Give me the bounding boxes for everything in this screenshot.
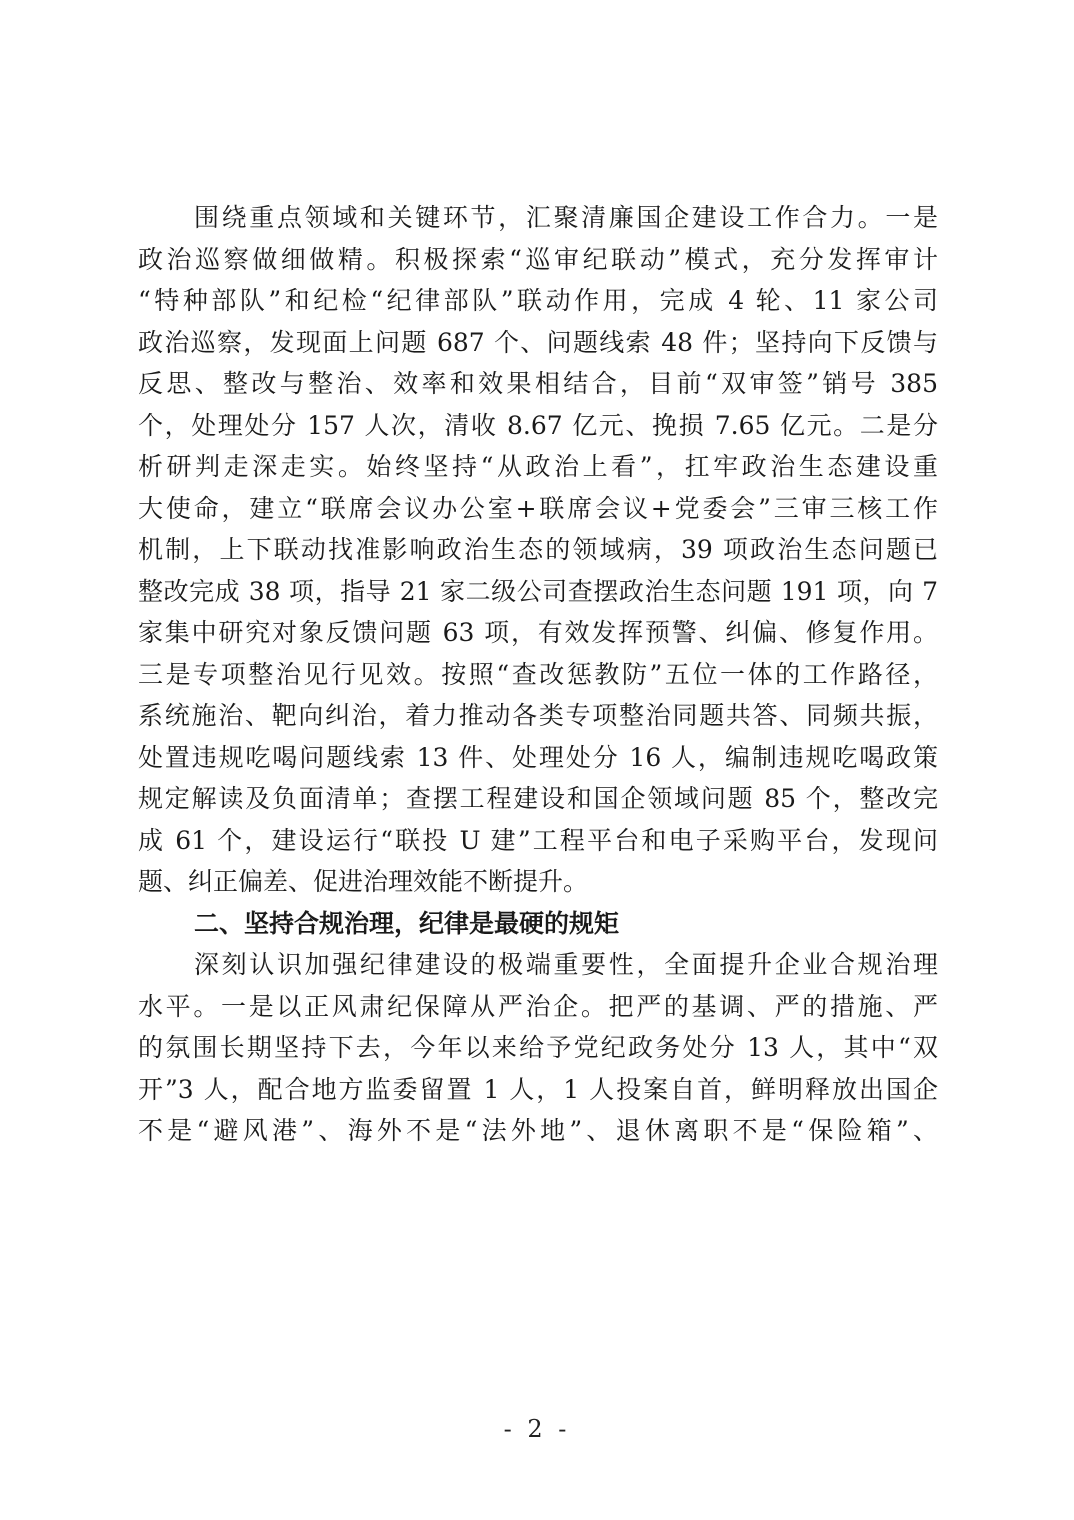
paragraph-line: 个，处理处分 157 人次，清收 8.67 亿元、挽损 7.65 亿元。二是分 [138, 405, 938, 447]
paragraph-line: 题、纠正偏差、促进治理效能不断提升。 [138, 861, 938, 903]
paragraph-line: 深刻认识加强纪律建设的极端重要性，全面提升企业合规治理 [194, 944, 938, 986]
paragraph-line: 机制，上下联动找准影响政治生态的领域病，39 项政治生态问题已 [138, 529, 938, 571]
paragraph-line: 政治巡察，发现面上问题 687 个、问题线索 48 件；坚持向下反馈与 [138, 322, 938, 364]
paragraph-line: 不是“避风港”、海外不是“法外地”、退休离职不是“保险箱”、 [138, 1110, 938, 1152]
paragraph-line: 反思、整改与整治、效率和效果相结合，目前“双审签”销号 385 [138, 363, 938, 405]
paragraph-line: 的氛围长期坚持下去，今年以来给予党纪政务处分 13 人，其中“双 [138, 1027, 938, 1069]
page-number: - 2 - [0, 1415, 1074, 1443]
section-heading: 二、坚持合规治理，纪律是最硬的规矩 [194, 903, 938, 945]
paragraph-line: 开”3 人，配合地方监委留置 1 人，1 人投案自首，鲜明释放出国企 [138, 1069, 938, 1111]
paragraph-line: 系统施治、靶向纠治，着力推动各类专项整治同题共答、同频共振， [138, 695, 938, 737]
paragraph-line: 析研判走深走实。始终坚持“从政治上看”，扛牢政治生态建设重 [138, 446, 938, 488]
paragraph-line: 大使命，建立“联席会议办公室+联席会议+党委会”三审三核工作 [138, 488, 938, 530]
paragraph-line: 家集中研究对象反馈问题 63 项，有效发挥预警、纠偏、修复作用。 [138, 612, 938, 654]
paragraph-line: 政治巡察做细做精。积极探索“巡审纪联动”模式，充分发挥审计 [138, 239, 938, 281]
paragraph-line: “特种部队”和纪检“纪律部队”联动作用，完成 4 轮、11 家公司 [138, 280, 938, 322]
paragraph-line: 成 61 个，建设运行“联投 U 建”工程平台和电子采购平台，发现问 [138, 820, 938, 862]
document-page: 围绕重点领域和关键环节，汇聚清廉国企建设工作合力。一是 政治巡察做细做精。积极探… [0, 0, 1074, 1520]
paragraph-line: 处置违规吃喝问题线索 13 件、处理处分 16 人，编制违规吃喝政策 [138, 737, 938, 779]
paragraph-line: 水平。一是以正风肃纪保障从严治企。把严的基调、严的措施、严 [138, 986, 938, 1028]
paragraph-line: 规定解读及负面清单；查摆工程建设和国企领域问题 85 个，整改完 [138, 778, 938, 820]
paragraph-line: 整改完成 38 项，指导 21 家二级公司查摆政治生态问题 191 项，向 7 [138, 571, 938, 613]
paragraph-line: 围绕重点领域和关键环节，汇聚清廉国企建设工作合力。一是 [194, 197, 938, 239]
paragraph-line: 三是专项整治见行见效。按照“查改惩教防”五位一体的工作路径， [138, 654, 938, 696]
